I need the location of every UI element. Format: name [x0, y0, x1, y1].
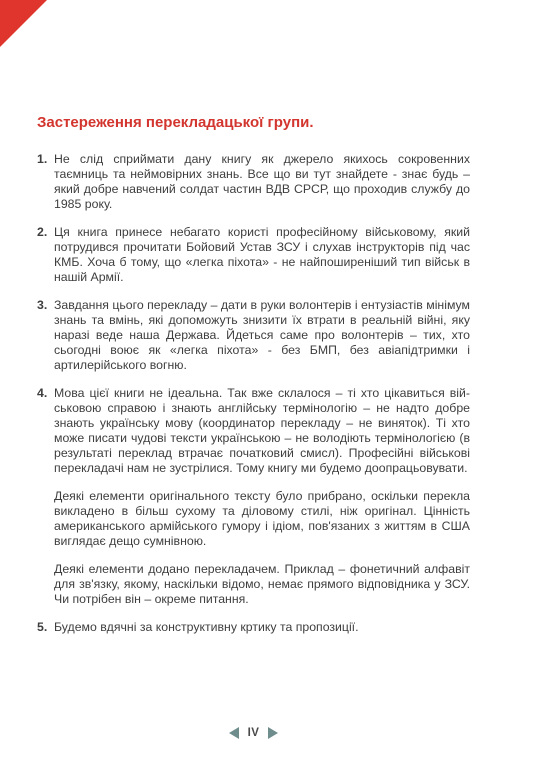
list-item-text: Будемо вдячні за конструктивну кртику та…	[54, 620, 470, 635]
prev-page-icon[interactable]	[229, 727, 239, 739]
list-item: 1. Не слід сприймати дану книгу як джере…	[37, 152, 470, 212]
page-title: Застереження перекладацької групи.	[37, 112, 470, 134]
list-item-text: Ця книга принесе небагато користі профес…	[54, 225, 470, 285]
list-item: 5. Будемо вдячні за конструктивну кртику…	[37, 620, 470, 635]
book-page: Застереження перекладацької групи. 1. Не…	[0, 0, 533, 775]
list-item-text: Мова цієї книги не ідеальна. Так вже скл…	[54, 386, 470, 476]
list-item: 2. Ця книга принесе небагато користі про…	[37, 225, 470, 285]
list-item-number: 5.	[37, 620, 54, 635]
page-content: Застереження перекладацької групи. 1. Не…	[0, 0, 533, 648]
next-page-icon[interactable]	[268, 727, 278, 739]
note-paragraph: Деякі елементи додано перекладачем. Прик…	[54, 562, 470, 607]
page-navigation: IV	[37, 727, 470, 739]
list-item-text: Завдання цього перекладу – дати в руки в…	[54, 298, 470, 373]
list-item: 4. Мова цієї книги не ідеальна. Так вже …	[37, 386, 470, 476]
list-item-text: Не слід сприймати дану книгу як джерело …	[54, 152, 470, 212]
list-item-number: 4.	[37, 386, 54, 476]
list-item-number: 3.	[37, 298, 54, 373]
list-item: 3. Завдання цього перекладу – дати в рук…	[37, 298, 470, 373]
note-paragraph: Деякі елементи оригінального тексту було…	[54, 489, 470, 549]
list-item-number: 2.	[37, 225, 54, 285]
page-number: IV	[248, 727, 260, 739]
list-item-number: 1.	[37, 152, 54, 212]
